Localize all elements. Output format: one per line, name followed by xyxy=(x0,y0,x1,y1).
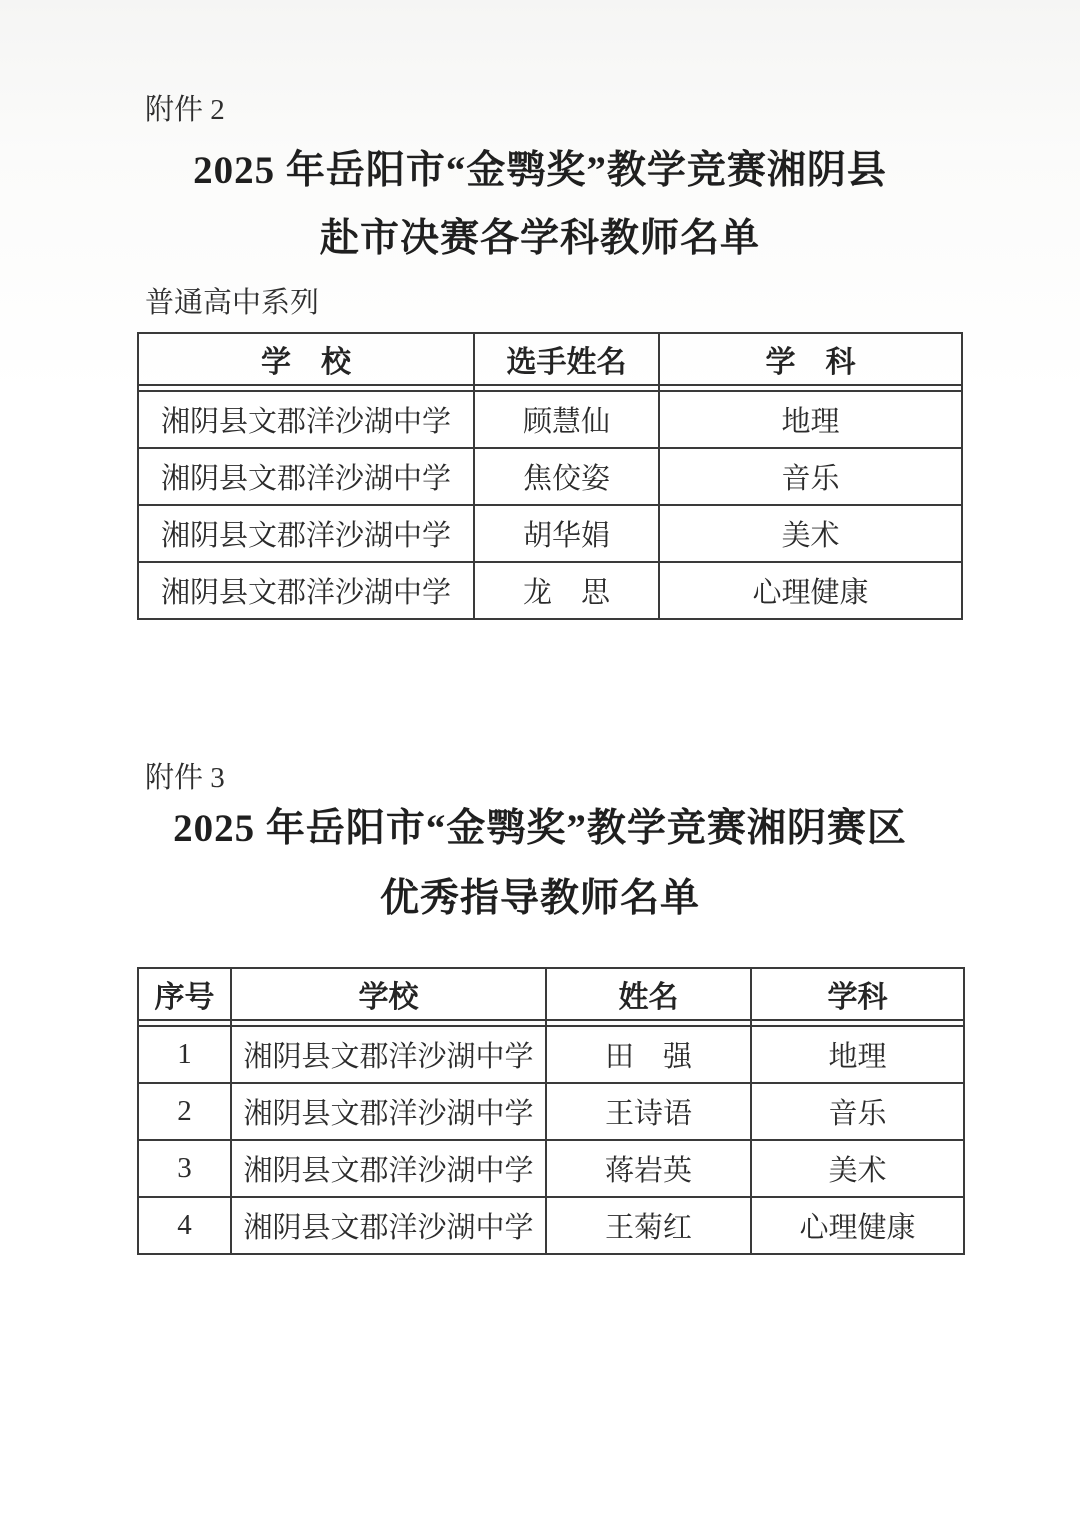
document-page: 附件 2 2025 年岳阳市“金鹗奖”教学竞赛湘阴县 赴市决赛各学科教师名单 普… xyxy=(0,0,1080,1528)
cell-school: 湘阴县文郡洋沙湖中学 xyxy=(231,1083,546,1140)
cell-subject: 音乐 xyxy=(659,448,962,505)
attachment-2-section: 附件 2 2025 年岳阳市“金鹗奖”教学竞赛湘阴县 赴市决赛各学科教师名单 普… xyxy=(0,92,1080,620)
cell-school: 湘阴县文郡洋沙湖中学 xyxy=(231,1140,546,1197)
attachment-2-title-line-2: 赴市决赛各学科教师名单 xyxy=(0,216,1080,262)
cell-contestant-name: 龙 思 xyxy=(474,562,659,619)
cell-contestant-name: 焦佼姿 xyxy=(474,448,659,505)
cell-contestant-name: 胡华娟 xyxy=(474,505,659,562)
table-row: 2 湘阴县文郡洋沙湖中学 王诗语 音乐 xyxy=(138,1083,964,1140)
cell-school: 湘阴县文郡洋沙湖中学 xyxy=(138,505,474,562)
attachment-2-title: 2025 年岳阳市“金鹗奖”教学竞赛湘阴县 赴市决赛各学科教师名单 xyxy=(0,148,1080,262)
attachment-3-label: 附件 3 xyxy=(145,760,1080,796)
cell-contestant-name: 顾慧仙 xyxy=(474,391,659,448)
finalist-teachers-table: 学 校 选手姓名 学 科 湘阴县文郡洋沙湖中学 顾慧仙 地理 xyxy=(137,332,963,620)
table-row: 湘阴县文郡洋沙湖中学 胡华娟 美术 xyxy=(138,505,962,562)
attachment-3-title: 2025 年岳阳市“金鹗奖”教学竞赛湘阴赛区 优秀指导教师名单 xyxy=(0,806,1080,922)
header-subject: 学 科 xyxy=(659,333,962,385)
table-row: 湘阴县文郡洋沙湖中学 焦佼姿 音乐 xyxy=(138,448,962,505)
cell-school: 湘阴县文郡洋沙湖中学 xyxy=(138,448,474,505)
cell-name: 王诗语 xyxy=(546,1083,751,1140)
cell-serial-number: 4 xyxy=(138,1197,231,1254)
header-school: 学校 xyxy=(231,968,546,1020)
cell-name: 蒋岩英 xyxy=(546,1140,751,1197)
cell-school: 湘阴县文郡洋沙湖中学 xyxy=(231,1026,546,1083)
table-header-row: 学 校 选手姓名 学 科 xyxy=(138,333,962,385)
document-content: 附件 2 2025 年岳阳市“金鹗奖”教学竞赛湘阴县 赴市决赛各学科教师名单 普… xyxy=(0,0,1080,1255)
table-header-row: 序号 学校 姓名 学科 xyxy=(138,968,964,1020)
cell-school: 湘阴县文郡洋沙湖中学 xyxy=(138,391,474,448)
cell-subject: 地理 xyxy=(751,1026,964,1083)
table-row: 3 湘阴县文郡洋沙湖中学 蒋岩英 美术 xyxy=(138,1140,964,1197)
cell-subject: 美术 xyxy=(659,505,962,562)
cell-name: 王菊红 xyxy=(546,1197,751,1254)
table-row: 湘阴县文郡洋沙湖中学 龙 思 心理健康 xyxy=(138,562,962,619)
cell-school: 湘阴县文郡洋沙湖中学 xyxy=(138,562,474,619)
attachment-2-title-line-1: 2025 年岳阳市“金鹗奖”教学竞赛湘阴县 xyxy=(0,148,1080,194)
attachment-3-section: 附件 3 2025 年岳阳市“金鹗奖”教学竞赛湘阴赛区 优秀指导教师名单 序号 … xyxy=(0,760,1080,1255)
cell-subject: 心理健康 xyxy=(751,1197,964,1254)
header-contestant-name: 选手姓名 xyxy=(474,333,659,385)
header-subject: 学科 xyxy=(751,968,964,1020)
cell-subject: 地理 xyxy=(659,391,962,448)
cell-school: 湘阴县文郡洋沙湖中学 xyxy=(231,1197,546,1254)
header-name: 姓名 xyxy=(546,968,751,1020)
attachment-2-label: 附件 2 xyxy=(145,92,1080,128)
table-row: 4 湘阴县文郡洋沙湖中学 王菊红 心理健康 xyxy=(138,1197,964,1254)
cell-name: 田 强 xyxy=(546,1026,751,1083)
cell-subject: 心理健康 xyxy=(659,562,962,619)
cell-subject: 音乐 xyxy=(751,1083,964,1140)
table-row: 1 湘阴县文郡洋沙湖中学 田 强 地理 xyxy=(138,1026,964,1083)
attachment-3-title-line-1: 2025 年岳阳市“金鹗奖”教学竞赛湘阴赛区 xyxy=(0,806,1080,852)
cell-serial-number: 2 xyxy=(138,1083,231,1140)
attachment-3-title-line-2: 优秀指导教师名单 xyxy=(0,876,1080,922)
cell-subject: 美术 xyxy=(751,1140,964,1197)
header-school: 学 校 xyxy=(138,333,474,385)
series-label: 普通高中系列 xyxy=(145,285,1080,321)
cell-serial-number: 1 xyxy=(138,1026,231,1083)
header-serial-number: 序号 xyxy=(138,968,231,1020)
table-row: 湘阴县文郡洋沙湖中学 顾慧仙 地理 xyxy=(138,391,962,448)
cell-serial-number: 3 xyxy=(138,1140,231,1197)
advisor-teachers-table: 序号 学校 姓名 学科 1 湘阴县文郡洋沙湖中学 xyxy=(137,967,965,1255)
